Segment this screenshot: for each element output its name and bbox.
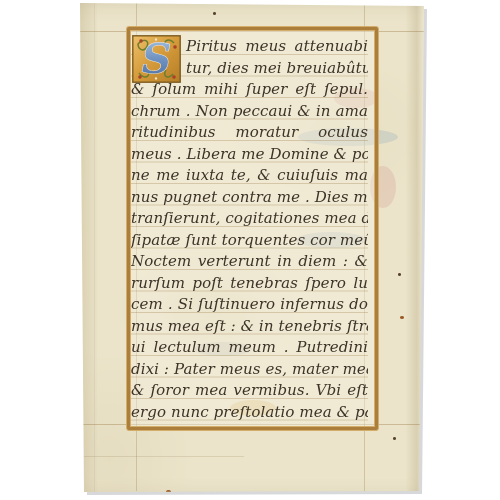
text-line: Noctem verterunt in diem : &: [131, 251, 368, 273]
text-line: mus mea eſt : & in tenebris ſtra: [131, 316, 368, 338]
text-line: ne me iuxta te, & cuiuſuis ma: [131, 165, 368, 187]
leaf-fold-line: [94, 3, 96, 492]
rust-speck: [400, 316, 404, 319]
text-line: ritudinibus moratur oculus: [131, 122, 368, 144]
text-block: Piritus meus attenuabi tur, dies mei bre…: [131, 36, 368, 424]
text-line: nus pugnet contra me . Dies mei: [131, 187, 368, 209]
parchment-crease: [84, 456, 244, 457]
ink-speck: [393, 437, 396, 440]
text-line: ergo nunc preſtolatio mea & pati: [131, 402, 368, 424]
ink-speck: [213, 12, 216, 15]
text-line: ui lectulum meum . Putredini: [131, 337, 368, 359]
text-line: & ſoror mea vermibus. Vbi eſt: [131, 380, 368, 402]
text-line: meus . Libera me Domine & po: [131, 144, 368, 166]
text-line: ſipatæ ſunt torquentes cor meû.: [131, 230, 368, 252]
text-line: cem . Si ſuſtinuero infernus do: [131, 294, 368, 316]
manuscript-photo: Piritus meus attenuabi tur, dies mei bre…: [0, 0, 500, 500]
initial-letter: S: [142, 35, 172, 83]
text-line: rurſum poſt tenebras ſpero lu: [131, 273, 368, 295]
text-line: dixi : Pater meus es, mater mea: [131, 359, 368, 381]
illuminated-initial: S: [132, 35, 181, 83]
text-line: chrum . Non peccaui & in ama: [131, 101, 368, 123]
ink-speck: [398, 273, 401, 276]
text-line: tranſierunt, cogitationes mea diſ: [131, 208, 368, 230]
